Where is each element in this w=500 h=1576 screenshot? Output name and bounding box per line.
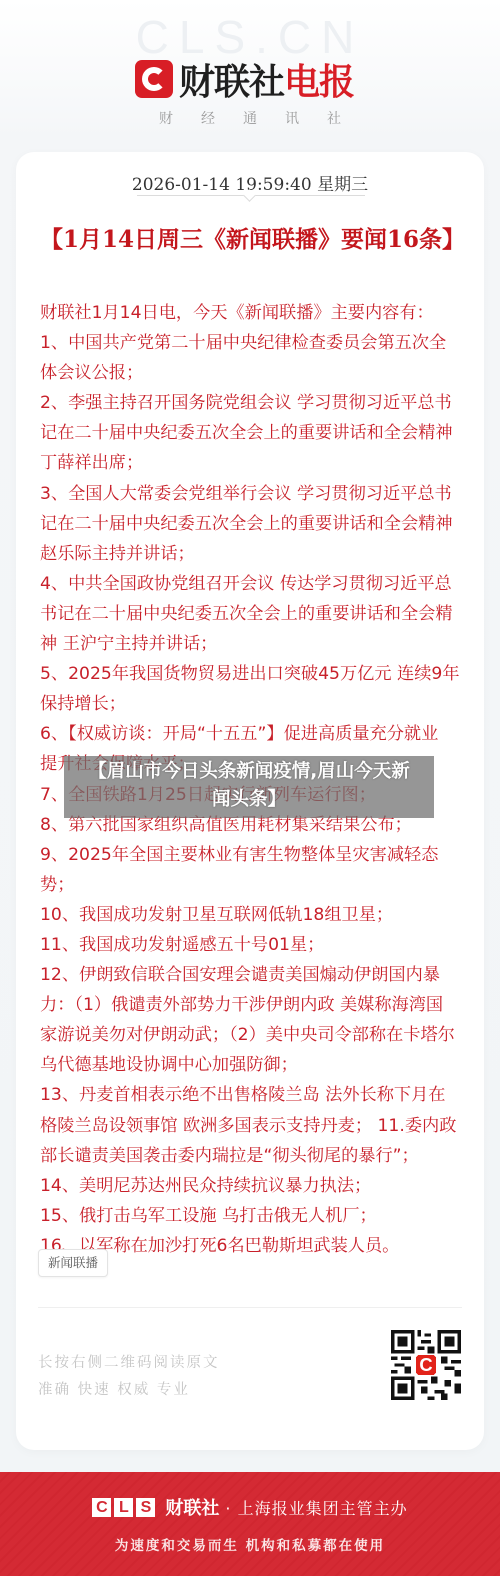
news-item: 15、俄打击乌军工设施 乌打击俄无人机厂； xyxy=(40,1201,460,1231)
article-headline: 【1月14日周三《新闻联播》要闻16条】 xyxy=(40,220,460,260)
qr-hint-line2: 准确 快速 权威 专业 xyxy=(38,1377,220,1404)
brand-name: 财联社 xyxy=(179,54,284,105)
title-overlay-banner: 【眉山市今日头条新闻疫情,眉山今天新闻头条】 xyxy=(64,756,434,818)
news-item: 13、丹麦首相表示绝不出售格陵兰岛 法外长称下月在格陵兰岛设领事馆 欧洲多国表示… xyxy=(40,1080,460,1170)
news-item: 11、我国成功发射遥感五十号01星； xyxy=(40,930,460,960)
cls-letter-l: L xyxy=(114,1498,133,1517)
qr-code-icon[interactable]: C xyxy=(391,1330,461,1400)
footer-slogan: 为速度和交易而生 机构和私募都在使用 xyxy=(0,1534,500,1554)
footer-brand-row: C L S 财联社 · 上海报业集团主管主办 xyxy=(0,1494,500,1520)
news-item: 9、2025年全国主要林业有害生物整体呈灾害减轻态势； xyxy=(40,840,460,900)
cls-logo-icon xyxy=(135,60,173,98)
news-item: 12、伊朗致信联合国安理会谴责美国煽动伊朗国内暴力：（1）俄谴责外部势力干涉伊朗… xyxy=(40,960,460,1080)
card-divider xyxy=(38,1307,462,1308)
news-item: 3、全国人大常委会党组举行会议 学习贯彻习近平总书记在二十届中央纪委五次全会上的… xyxy=(40,479,460,569)
svg-text:C: C xyxy=(419,1354,432,1375)
qr-hint: 长按右侧二维码阅读原文 准确 快速 权威 专业 xyxy=(38,1350,220,1404)
footer-banner: C L S 财联社 · 上海报业集团主管主办 为速度和交易而生 机构和私募都在使… xyxy=(0,1472,500,1576)
news-item: 14、美明尼苏达州民众持续抗议暴力执法； xyxy=(40,1171,460,1201)
footer-brand: 财联社 xyxy=(165,1494,219,1520)
news-item: 10、我国成功发射卫星互联网低轨18组卫星； xyxy=(40,900,460,930)
header: CLS.CN 财联社 电报 财经通讯社 xyxy=(0,0,500,150)
brand-logo: 财联社 电报 xyxy=(135,58,354,100)
news-item: 4、中共全国政协党组召开会议 传达学习贯彻习近平总书记在二十届中央纪委五次全会上… xyxy=(40,569,460,659)
news-item: 1、中国共产党第二十届中央纪律检查委员会第五次全体会议公报； xyxy=(40,328,460,388)
cls-letter-c: C xyxy=(92,1498,111,1517)
qr-hint-line1: 长按右侧二维码阅读原文 xyxy=(38,1350,220,1377)
tag-chip-xinwenlianbo[interactable]: 新闻联播 xyxy=(38,1249,108,1277)
brand-suffix: 电报 xyxy=(284,54,354,105)
tagline: 财经通讯社 xyxy=(0,108,500,128)
article-intro: 财联社1月14日电，今天《新闻联播》主要内容有： xyxy=(40,298,460,328)
overlay-title: 【眉山市今日头条新闻疫情,眉山今天新闻头条】 xyxy=(64,758,434,814)
footer-org: · 上海报业集团主管主办 xyxy=(225,1496,407,1519)
news-item: 5、2025年我国货物贸易进出口突破45万亿元 连续9年保持增长； xyxy=(40,659,460,719)
news-item: 2、李强主持召开国务院党组会议 学习贯彻习近平总书记在二十届中央纪委五次全会上的… xyxy=(40,388,460,478)
cls-letter-s: S xyxy=(136,1498,155,1517)
